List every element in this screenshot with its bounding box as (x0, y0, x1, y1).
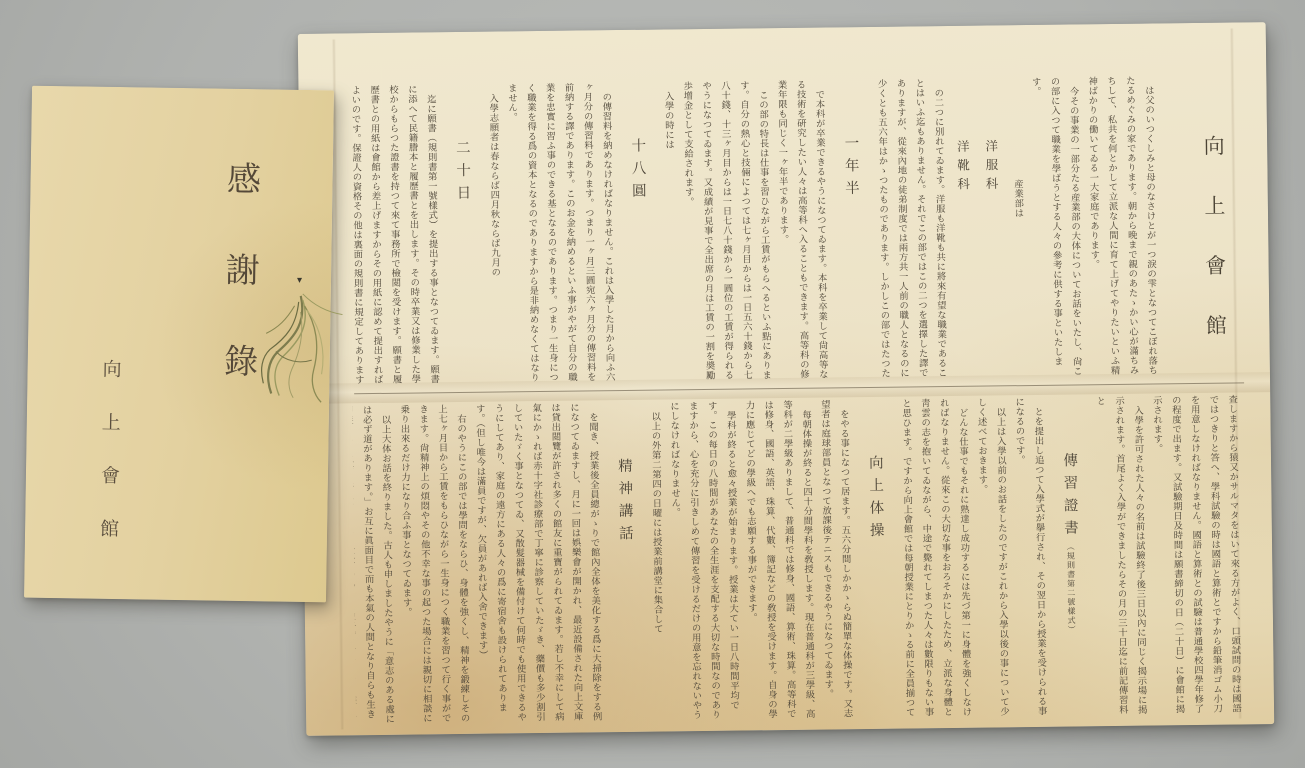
paragraph: 入學志願者は春ならば四月秋ならば九月の (482, 83, 505, 389)
paragraph: 今その事業の一部分たる産業部の大体についてお話をいたし、尙この部に入つて職業を學… (1025, 76, 1085, 383)
paragraph: 産業部は (1006, 77, 1029, 383)
paragraph: で本科が卒業できるやうになつてゐます。本科を卒業して尙高等なる技術を硏究したい人… (771, 79, 831, 386)
document-sheet: 向上會館は父のいつくしみと母のなさけとが一つ淚の雫となつてこぼれ落ちたるめぐみの… (298, 22, 1275, 736)
paragraph: 查しますから猿又かサルマタをはいて來る方がよく、口頭試問の時は國語ではつきりと答… (1146, 394, 1244, 715)
booklet-cover: 感謝錄 向上會館 (24, 86, 334, 603)
subsection-heading: 洋靴科 (949, 78, 978, 384)
sheet-bottom-page: 查しますから猿又かサルマタをはいて來る方がよく、口頭試問の時は國語ではつきりと答… (352, 394, 1244, 725)
booklet-publisher: 向上會館 (94, 359, 124, 572)
section-heading: 二十日 (446, 84, 479, 390)
section-heading: 向上体操 (859, 399, 892, 719)
section-heading: 一年半 (834, 79, 867, 385)
paragraph: は父のいつくしみと母のなさけとが一つ淚の雫となつてこぼれ落ちたるめぐみの家であり… (1081, 75, 1160, 382)
section-heading: 傳習證書（規則書第二號樣式） (1053, 396, 1086, 716)
heading-note: （規則書第二號樣式） (1066, 542, 1076, 634)
paragraph: の傳習料を納めなければなりません。これは入學した月から向ふ六ヶ月分の傳習料であり… (501, 82, 618, 389)
photo-background: { "colors":{ "background_gray":"#b0b2af"… (0, 0, 1305, 768)
paragraph: 以上は入學以前のお話をしたのですがこれから入學以後の事について少しく述べておきま… (971, 397, 1013, 717)
paragraph: 右のやうにこの部では學問をならひ、身體を強くし、精神を鍛練しその上七ヶ月目から工… (393, 404, 472, 725)
section-heading: 精神講話 (608, 402, 641, 722)
paragraph: 學科が終ると愈々授業が始まります。授業は大てい一日八時間平均です。この每日の八時… (663, 401, 742, 722)
paragraph: を聞き、授業後全員總がゝりで館內全体を美化する爲に大掃除をする例になつてゐますし… (469, 402, 605, 724)
sheet-top-page: 向上會館は父のいつくしみと母のなさけとが一つ淚の雫となつてこぼれ落ちたるめぐみの… (349, 74, 1245, 391)
paragraph: とを提出し追つて入學式が擧行され、その翌日から授業を受けられる事になるのです。 (1008, 397, 1050, 717)
paragraph: 以上の外第二第四の日曜には授業前講堂に集合して (644, 402, 667, 722)
section-heading: 十八圓 (621, 82, 654, 388)
paragraph: 入學の時には (658, 81, 681, 387)
subsection-heading: 洋服科 (977, 77, 1006, 383)
paragraph: 以上大体お話を終りました。古人も申しましたやうに「意志のある處には必ず道がありま… (352, 405, 397, 725)
paragraph: 每朝体操が終ると四十分間學科を敎授します。現在普通科が三學級、高等科が二學級あり… (739, 400, 818, 721)
paragraph: どんな仕事でもそれに熟達し成功するには先づ第一に身體を強くしなければなりません。… (895, 398, 974, 719)
paragraph: 入學を許可された人々の名前は試驗終了後三日以內に同じく揭示場に揭示されます。首尾… (1089, 396, 1149, 717)
paragraph: の二つに別れてゐます。洋服も洋靴も共に將來有望な職業であることはいふ迄もありませ… (871, 78, 950, 385)
paragraph: この部の特長は仕事を習ひながら工賃がもらへるといふ點にあります。自分の熱心と技倆… (676, 80, 774, 387)
paragraph: をやる事になつて居ます。五六分間しかかゝらぬ簡單な体操です。又志望者は庭球部員と… (814, 399, 856, 719)
page-title: 向上會館 (1191, 75, 1237, 381)
binding-tassel-icon (255, 265, 375, 417)
